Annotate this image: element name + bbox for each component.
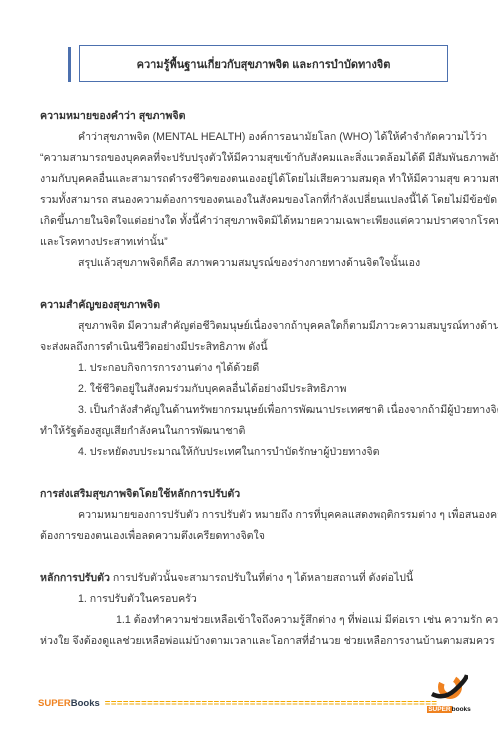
text-line: “ความสามารถของบุคคลที่จะปรับปรุงตัวให้มี… [40,148,462,169]
text-line: ต้องการของตนเองเพื่อลดความตึงเครียดทางจิ… [40,526,462,547]
text-line: และโรคทางประสาทเท่านั้น” [40,232,462,253]
section-heading: ความสำคัญของสุขภาพจิต [40,295,462,316]
footer-separator-line: ========================================… [105,698,440,709]
text-line: 1. ประกอบกิจการการงานต่าง ๆได้ด้วยดี [40,358,462,379]
text-line: คำว่าสุขภาพจิต (MENTAL HEALTH) องค์การอน… [40,127,462,148]
page-title: ความรู้พื้นฐานเกี่ยวกับสุขภาพจิต และการบ… [79,45,448,82]
title-accent-bar [68,47,71,82]
section-heading: การส่งเสริมสุขภาพจิตโดยใช้หลักการปรับตัว [40,484,462,505]
footer-brand: SUPERBooks [38,698,100,709]
text-line: สรุปแล้วสุขภาพจิตก็คือ สภาพความสมบูรณ์ขอ… [40,253,462,274]
text-line: 1.1 ต้องทำความช่วยเหลือเข้าใจถึงความรู้ส… [40,610,462,631]
inline-bold-lead: หลักการปรับตัว [40,572,110,584]
text-line: สุขภาพจิต มีความสำคัญต่อชีวิตมนุษย์เนื่อ… [40,316,462,337]
text-line: หลักการปรับตัว การปรับตัวนั้นจะสามารถปรั… [40,568,462,589]
document-page: { "title": { "text": "ความรู้พื้นฐานเกี่… [0,0,498,730]
text-line: ทำให้รัฐต้องสูญเสียกำลังคนในการพัฒนาชาติ [40,421,462,442]
page-footer: SUPERBooks =============================… [38,698,440,709]
superbooks-logo-block: SUPERbooks [424,674,474,714]
text-line: รวมทั้งสามารถ สนองความต้องการของตนเองในส… [40,190,462,211]
text-line: ห่วงใย จึงต้องดูแลช่วยเหลือพ่อแม่บ้างตาม… [40,631,462,652]
footer-brand-secondary: Books [71,698,100,709]
document-body: ความหมายของคำว่า สุขภาพจิตคำว่าสุขภาพจิต… [40,106,462,652]
text-line: เกิดขึ้นภายในจิตใจแต่อย่างใด ทั้งนี้คำว่… [40,211,462,232]
text-line: งามกับบุคคลอื่นและสามารถดำรงชีวิตของตนเอ… [40,169,462,190]
logo-label-secondary: books [452,706,471,713]
superbooks-logo-icon [430,674,468,701]
blank-line [40,463,462,484]
text-line: 1. การปรับตัวในครอบครัว [40,589,462,610]
text-line: 2. ใช้ชีวิตอยู่ในสังคมร่วมกับบุคคลอื่นได… [40,379,462,400]
text-line: 3. เป็นกำลังสำคัญในด้านทรัพยากรมนุษย์เพื… [40,400,462,421]
logo-label-primary: SUPER [427,706,451,713]
section-heading: ความหมายของคำว่า สุขภาพจิต [40,106,462,127]
footer-brand-primary: SUPER [38,698,71,709]
text-line: จะส่งผลถึงการดำเนินชีวิตอย่างมีประสิทธิภ… [40,337,462,358]
superbooks-logo-label: SUPERbooks [424,706,474,714]
title-box-wrap: ความรู้พื้นฐานเกี่ยวกับสุขภาพจิต และการบ… [68,45,448,84]
blank-line [40,547,462,568]
text-line: 4. ประหยัดงบประมาณให้กับประเทศในการบำบัด… [40,442,462,463]
blank-line [40,274,462,295]
text-line: ความหมายของการปรับตัว การปรับตัว หมายถึง… [40,505,462,526]
